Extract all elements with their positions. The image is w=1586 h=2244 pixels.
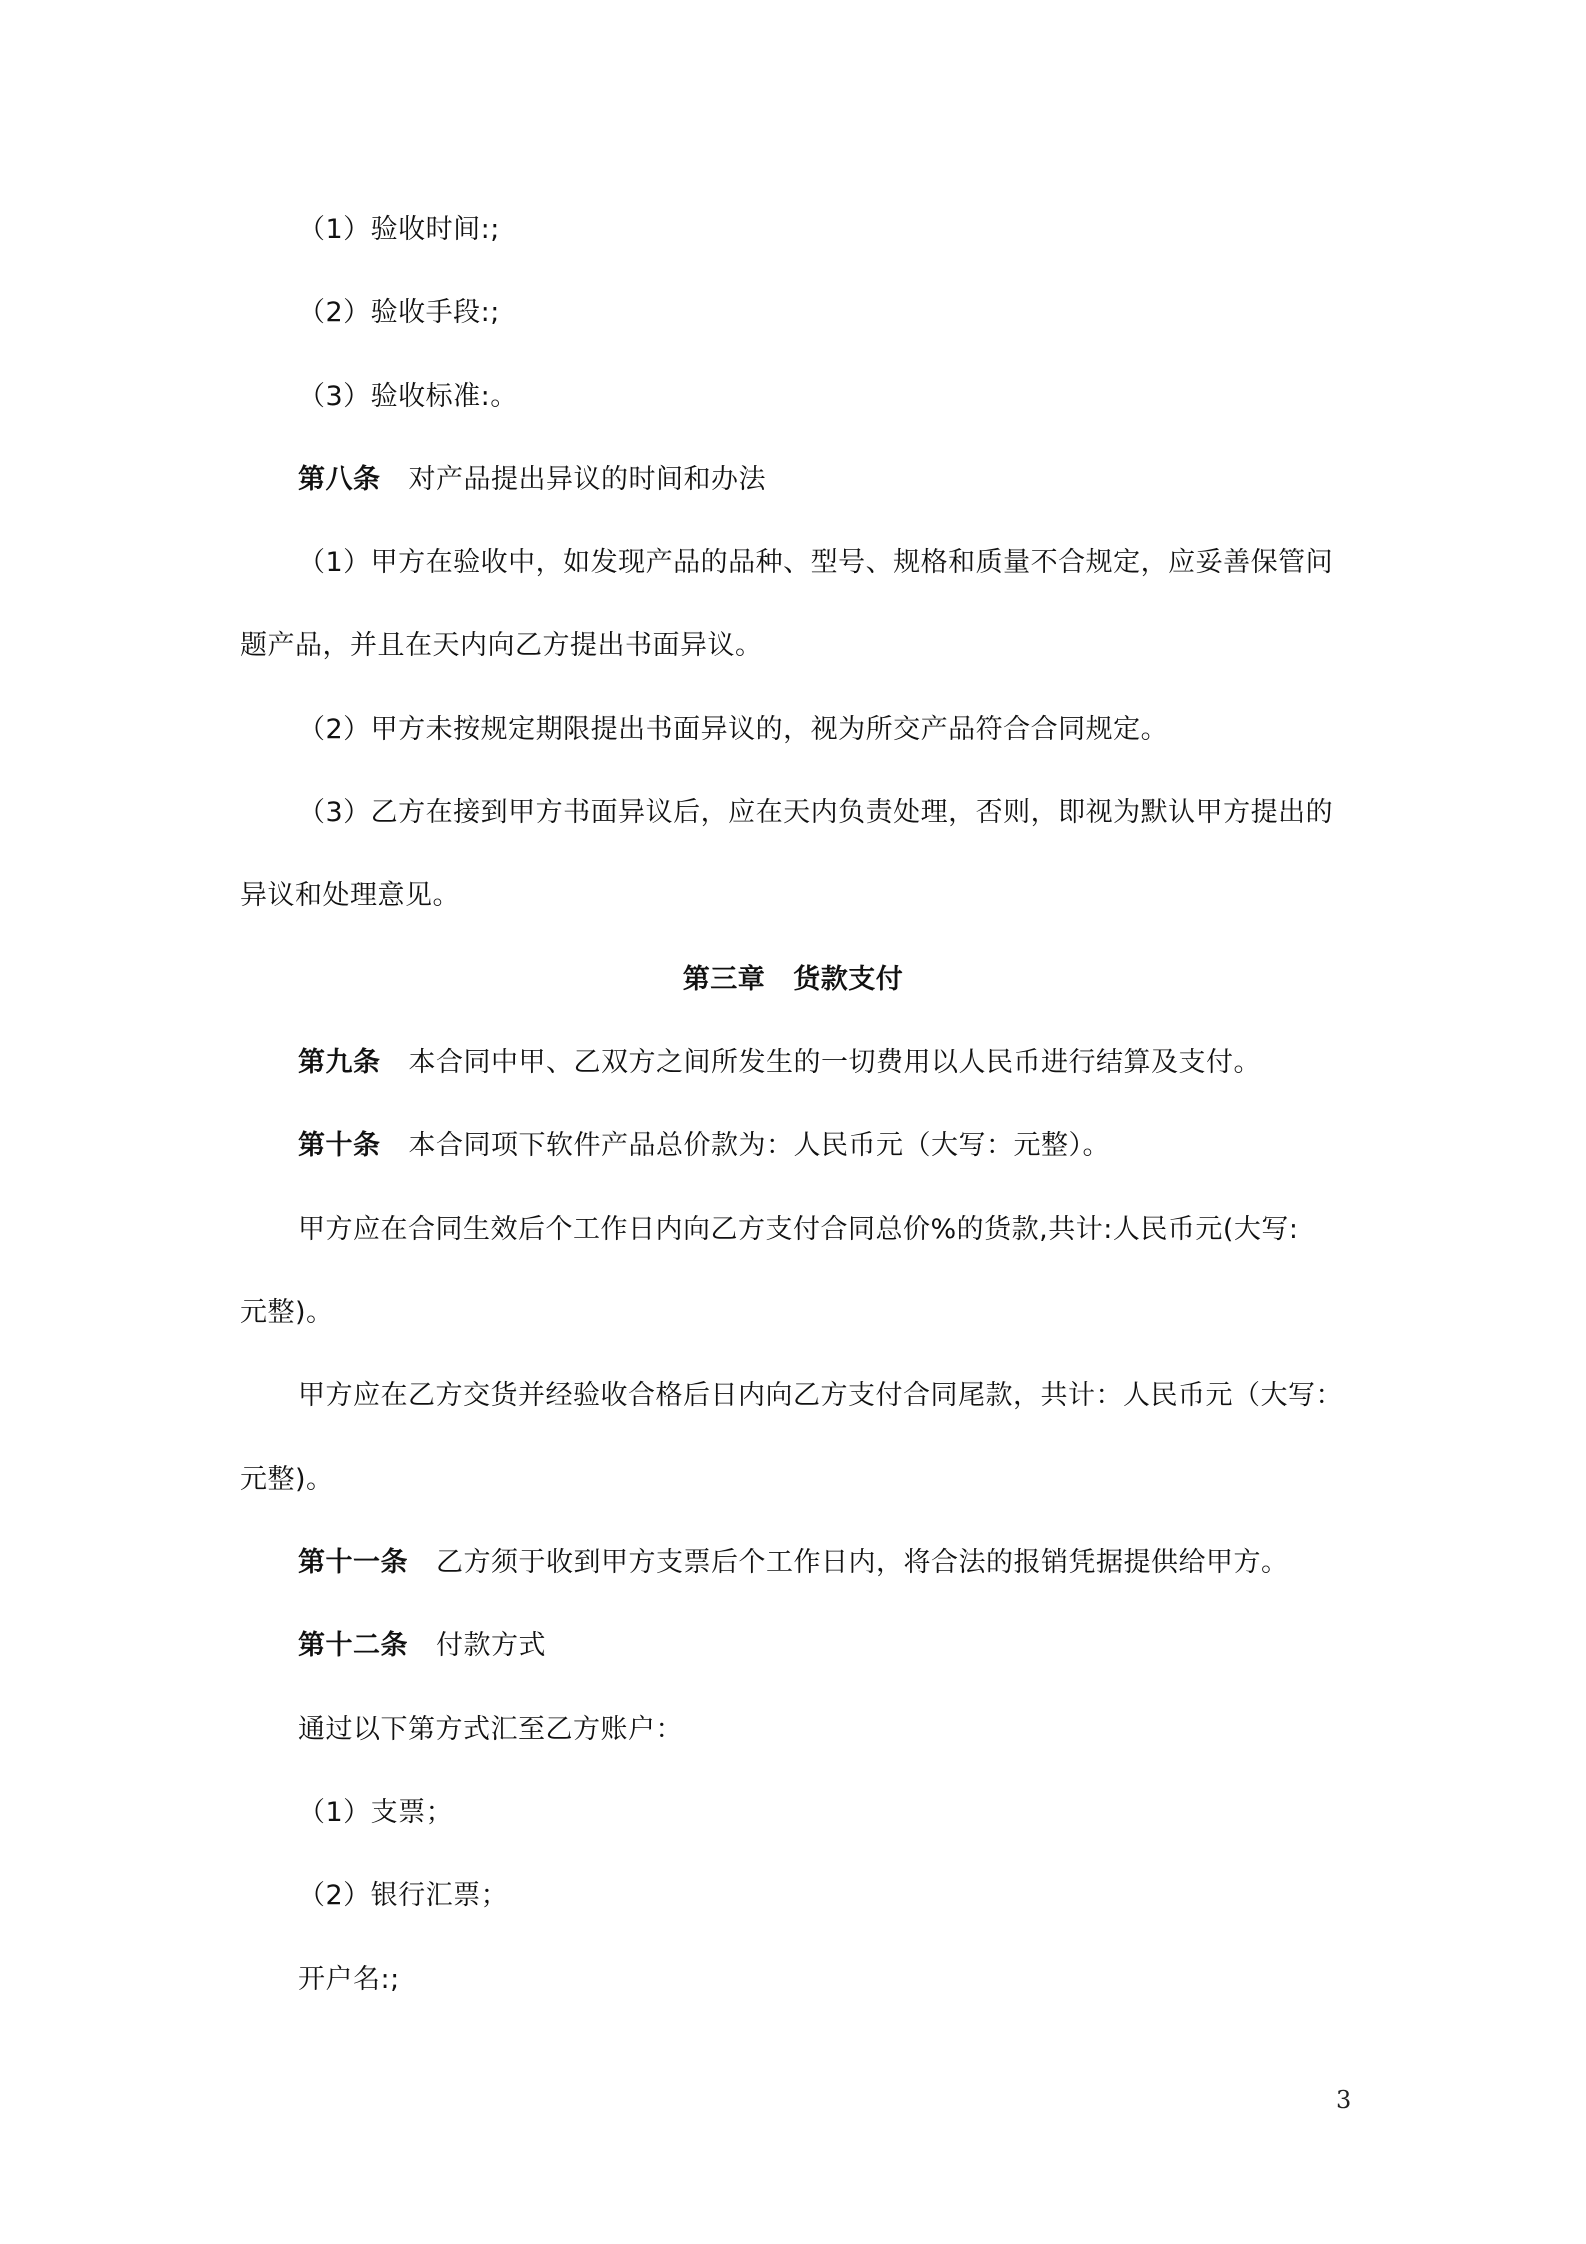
article-8-clause-2: （2）甲方未按规定期限提出书面异议的，视为所交产品符合合同规定。 bbox=[298, 712, 1168, 748]
final-payment-clause: 甲方应在乙方交货并经验收合格后日内向乙方支付合同尾款，共计：人民币元（大写： bbox=[298, 1378, 1343, 1414]
article-10: 第十条本合同项下软件产品总价款为：人民币元（大写：元整）。 bbox=[298, 1128, 1110, 1164]
payment-method-cheque: （1）支票； bbox=[298, 1795, 453, 1831]
article-label: 第十一条 bbox=[298, 1547, 408, 1578]
acceptance-method-item: （2）验收手段:; bbox=[298, 295, 500, 331]
chapter-title: 货款支付 bbox=[793, 964, 903, 995]
article-title: 对产品提出异议的时间和办法 bbox=[409, 464, 767, 495]
payment-method-intro: 通过以下第方式汇至乙方账户： bbox=[298, 1712, 683, 1748]
article-label: 第十二条 bbox=[298, 1630, 408, 1661]
chapter-3-heading: 第三章货款支付 bbox=[0, 962, 1586, 998]
article-text: 乙方须于收到甲方支票后个工作日内，将合法的报销凭据提供给甲方。 bbox=[436, 1547, 1289, 1578]
article-11: 第十一条乙方须于收到甲方支票后个工作日内，将合法的报销凭据提供给甲方。 bbox=[298, 1545, 1289, 1581]
acceptance-standard-item: （3）验收标准:。 bbox=[298, 379, 518, 415]
article-label: 第八条 bbox=[298, 464, 381, 495]
article-text: 本合同项下软件产品总价款为：人民币元（大写：元整）。 bbox=[409, 1130, 1111, 1161]
page-number: 3 bbox=[1336, 2086, 1351, 2114]
article-title: 付款方式 bbox=[436, 1630, 546, 1661]
article-text: 本合同中甲、乙双方之间所发生的一切费用以人民币进行结算及支付。 bbox=[409, 1047, 1262, 1078]
acceptance-time-item: （1）验收时间:; bbox=[298, 212, 500, 248]
article-12: 第十二条付款方式 bbox=[298, 1628, 546, 1664]
article-8-clause-1: （1）甲方在验收中，如发现产品的品种、型号、规格和质量不合规定，应妥善保管问 bbox=[298, 545, 1333, 581]
payment-method-bank-draft: （2）银行汇票； bbox=[298, 1878, 508, 1914]
article-8-clause-3-cont: 异议和处理意见。 bbox=[240, 878, 460, 914]
down-payment-clause: 甲方应在合同生效后个工作日内向乙方支付合同总价%的货款,共计:人民币元(大写: bbox=[298, 1212, 1298, 1248]
final-payment-clause-cont: 元整)。 bbox=[240, 1462, 334, 1498]
article-9: 第九条本合同中甲、乙双方之间所发生的一切费用以人民币进行结算及支付。 bbox=[298, 1045, 1261, 1081]
article-label: 第九条 bbox=[298, 1047, 381, 1078]
account-name-field: 开户名:; bbox=[298, 1962, 400, 1998]
article-8-heading: 第八条对产品提出异议的时间和办法 bbox=[298, 462, 766, 498]
article-label: 第十条 bbox=[298, 1130, 381, 1161]
chapter-label: 第三章 bbox=[683, 964, 766, 995]
down-payment-clause-cont: 元整)。 bbox=[240, 1295, 334, 1331]
article-8-clause-3: （3）乙方在接到甲方书面异议后，应在天内负责处理，否则，即视为默认甲方提出的 bbox=[298, 795, 1333, 831]
article-8-clause-1-cont: 题产品，并且在天内向乙方提出书面异议。 bbox=[240, 628, 763, 664]
